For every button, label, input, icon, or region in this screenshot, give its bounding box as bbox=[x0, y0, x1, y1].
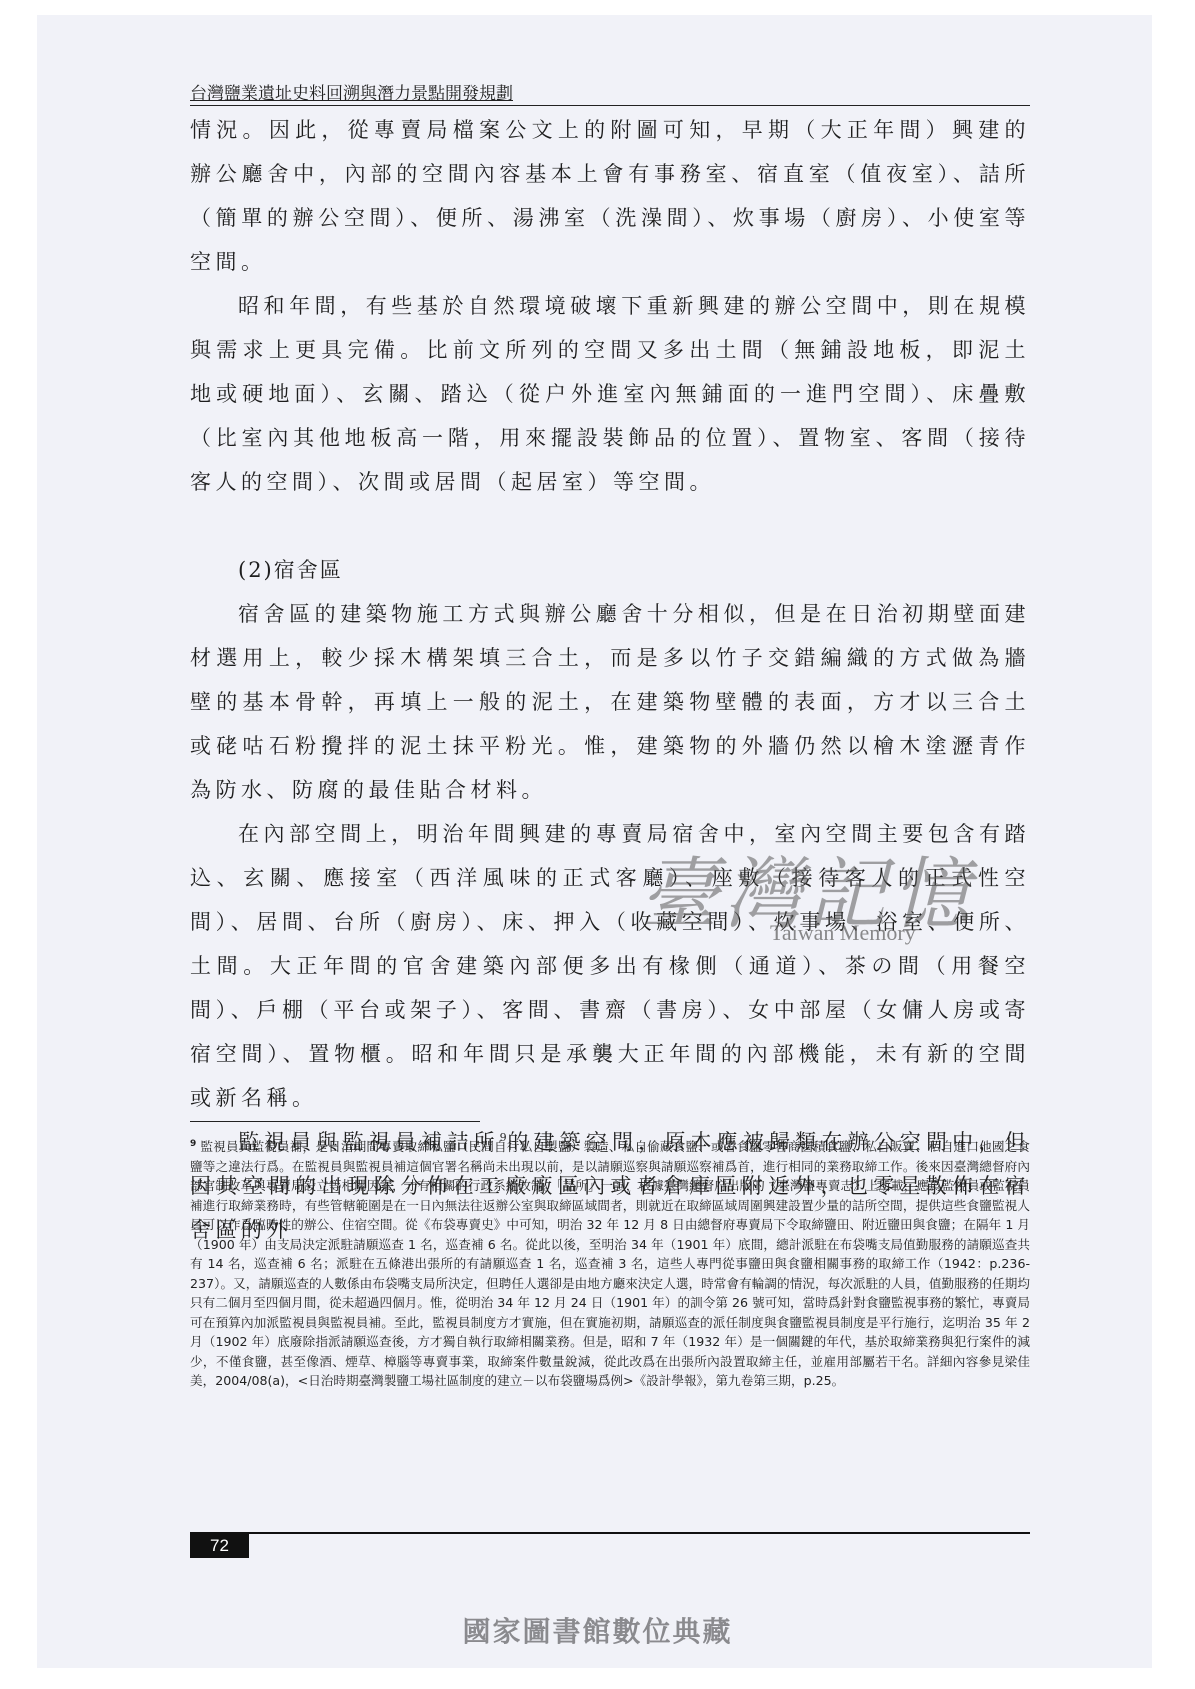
running-head-title: 台灣鹽業遺址史料回溯與潛力景點開發規劃 bbox=[190, 84, 513, 104]
running-head: 台灣鹽業遺址史料回溯與潛力景點開發規劃 bbox=[190, 84, 1030, 106]
bottom-divider bbox=[190, 1532, 1030, 1534]
footnote-divider bbox=[190, 1121, 480, 1122]
footnote-text: 監視員與監視員補，是日治期間專賣取締私鹽（民間自行私自製鹽）製造、私自偷藏食鹽、… bbox=[190, 1139, 1030, 1388]
body-text: 情況。因此，從專賣局檔案公文上的附圖可知，早期（大正年間）興建的辦公廳舍中，內部… bbox=[190, 108, 1030, 1252]
library-watermark: 國家圖書館數位典藏 bbox=[0, 1610, 1195, 1650]
paragraph-1: 情況。因此，從專賣局檔案公文上的附圖可知，早期（大正年間）興建的辦公廳舍中，內部… bbox=[190, 108, 1030, 284]
footnote-number: 9 bbox=[190, 1139, 196, 1149]
paragraph-2: 昭和年間，有些基於自然環境破壞下重新興建的辦公空間中，則在規模與需求上更具完備。… bbox=[190, 284, 1030, 504]
paragraph-3: 宿舍區的建築物施工方式與辦公廳舍十分相似，但是在日治初期壁面建材選用上，較少採木… bbox=[190, 592, 1030, 812]
paragraph-4: 在內部空間上，明治年間興建的專賣局宿舍中，室內空間主要包含有踏込、玄關、應接室（… bbox=[190, 812, 1030, 1120]
footnote: 9監視員與監視員補，是日治期間專賣取締私鹽（民間自行私自製鹽）製造、私自偷藏食鹽… bbox=[190, 1135, 1030, 1391]
page-number: 72 bbox=[190, 1534, 249, 1558]
section-heading: (2)宿舍區 bbox=[190, 548, 1030, 592]
